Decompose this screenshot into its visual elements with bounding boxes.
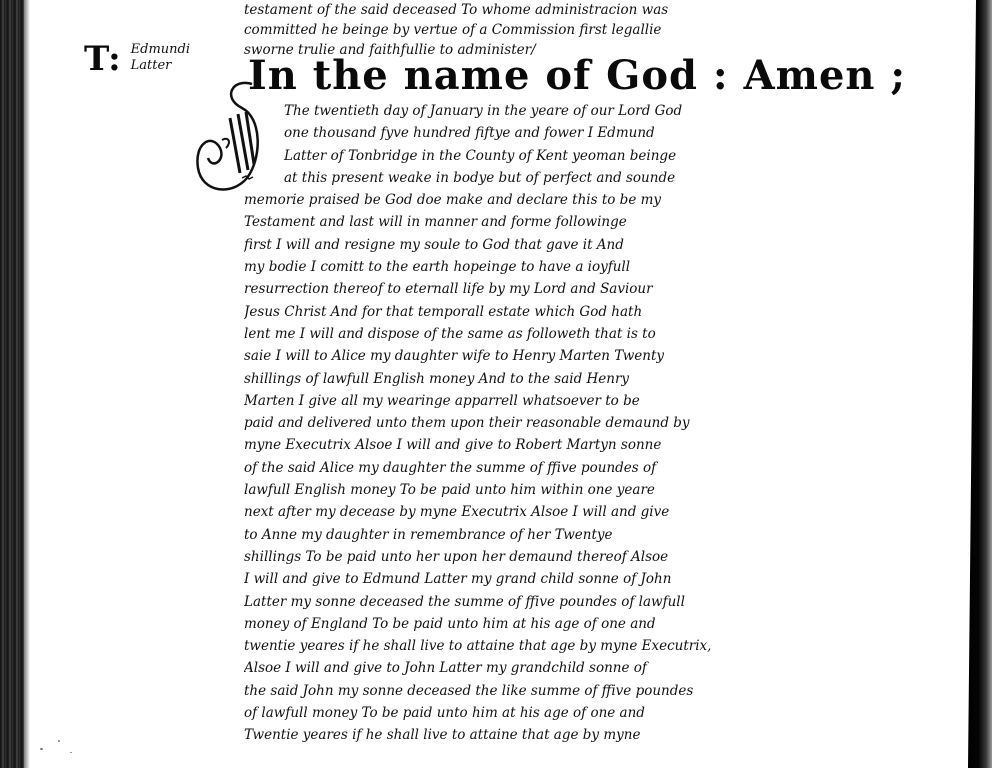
text-line: lent me I will and dispose of the same a…	[244, 323, 904, 345]
margin-annotation: T: Edmundi Latter	[84, 42, 190, 76]
text-line: myne Executrix Alsoe I will and give to …	[244, 434, 904, 456]
text-line: the said John my sonne deceased the like…	[244, 680, 904, 702]
text-line: Testament and last will in manner and fo…	[244, 211, 904, 233]
gutter-shadow	[24, 0, 30, 768]
scan-speck	[70, 752, 72, 753]
scan-speck	[58, 740, 60, 742]
will-body-text: The twentieth day of January in the year…	[244, 100, 904, 747]
text-line: Twentie yeares if he shall live to attai…	[244, 724, 904, 746]
text-line: one thousand fyve hundred fiftye and fow…	[244, 122, 904, 144]
text-line: saie I will to Alice my daughter wife to…	[244, 345, 904, 367]
text-line: shillings of lawfull English money And t…	[244, 368, 904, 390]
text-line: I will and give to Edmund Latter my gran…	[244, 568, 904, 590]
text-line: The twentieth day of January in the year…	[244, 100, 904, 122]
margin-name-line: Edmundi	[131, 42, 190, 58]
invocation-heading: In the name of God : Amen ;	[248, 52, 906, 100]
text-line: at this present weake in bodye but of pe…	[244, 167, 904, 189]
text-line: twentie yeares if he shall live to attai…	[244, 635, 904, 657]
text-line: first I will and resigne my soule to God…	[244, 234, 904, 256]
scan-speck	[40, 748, 43, 750]
text-line: Latter of Tonbridge in the County of Ken…	[244, 145, 904, 167]
text-line: resurrection thereof to eternall life by…	[244, 278, 904, 300]
text-line: testament of the said deceased To whome …	[244, 0, 904, 20]
margin-testator-name: Edmundi Latter	[131, 42, 190, 74]
text-line: memorie praised be God doe make and decl…	[244, 189, 904, 211]
margin-mark: T:	[84, 42, 121, 76]
book-binding-gutter	[0, 0, 24, 768]
text-line: of lawfull money To be paid unto him at …	[244, 702, 904, 724]
margin-name-line: Latter	[131, 58, 190, 74]
text-line: Alsoe I will and give to John Latter my …	[244, 657, 904, 679]
text-line: Latter my sonne deceased the summe of ff…	[244, 591, 904, 613]
text-line: Marten I give all my wearinge apparrell …	[244, 390, 904, 412]
preamble-text: testament of the said deceased To whome …	[244, 0, 904, 60]
text-line: money of England To be paid unto him at …	[244, 613, 904, 635]
text-line: Jesus Christ And for that temporall esta…	[244, 301, 904, 323]
text-line: lawfull English money To be paid unto hi…	[244, 479, 904, 501]
text-line: shillings To be paid unto her upon her d…	[244, 546, 904, 568]
text-line: of the said Alice my daughter the summe …	[244, 457, 904, 479]
text-line: paid and delivered unto them upon their …	[244, 412, 904, 434]
text-line: committed he beinge by vertue of a Commi…	[244, 20, 904, 40]
text-line: to Anne my daughter in remembrance of he…	[244, 524, 904, 546]
text-line: my bodie I comitt to the earth hopeinge …	[244, 256, 904, 278]
text-line: next after my decease by myne Executrix …	[244, 501, 904, 523]
page-edge-shadow	[968, 0, 992, 768]
